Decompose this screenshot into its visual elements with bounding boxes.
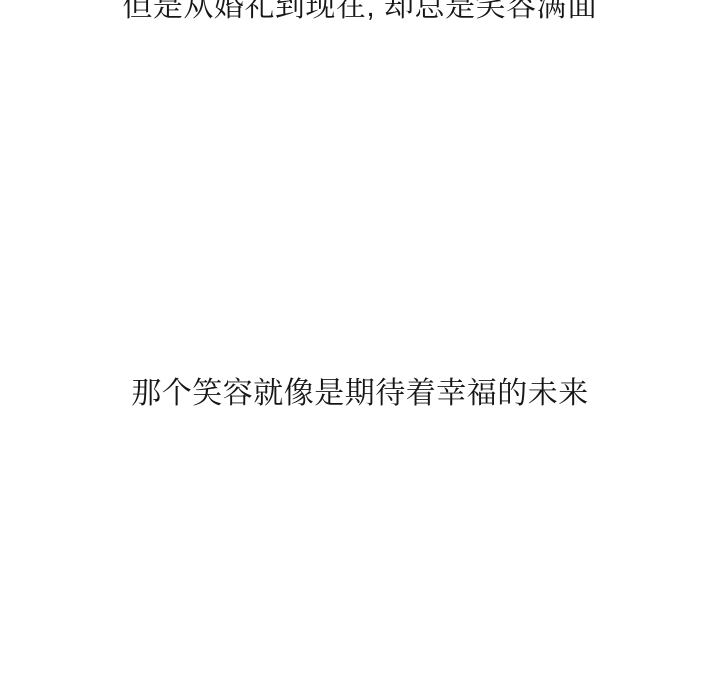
comic-page: 但是从婚礼到现在, 却总是笑容满面 那个笑容就像是期待着幸福的未来 xyxy=(0,0,720,700)
caption-line-1: 但是从婚礼到现在, 却总是笑容满面 xyxy=(0,0,720,22)
caption-line-2: 那个笑容就像是期待着幸福的未来 xyxy=(0,379,720,409)
